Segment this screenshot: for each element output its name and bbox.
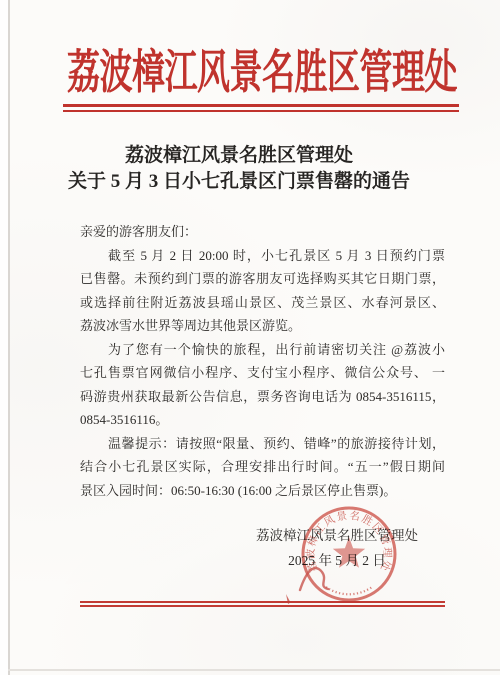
scan-margin-strip <box>0 0 8 675</box>
salutation: 亲爱的游客朋友们： <box>80 220 445 244</box>
body-line: 结合小七孔景区实际，合理安排出行时间。“五一”假日期间 <box>80 455 445 479</box>
letterhead-title: 荔波樟江风景名胜区管理处 <box>24 41 500 108</box>
body-line: 或选择前往附近荔波县瑶山景区、茂兰景区、水春河景区、 <box>80 291 445 315</box>
page-edge-bottom <box>8 669 500 671</box>
body-line: 已售罄。未预约到门票的游客朋友可选择购买其它日期门票， <box>80 267 445 291</box>
paragraphs: 截至 5 月 2 日 20:00 时，小七孔景区 5 月 3 日预约门票已售罄。… <box>80 244 445 503</box>
body-line: 码游贵州获取最新公告信息，票务咨询电话为 0854-3516115， <box>80 385 445 409</box>
seal-serial-marks <box>326 587 372 594</box>
body-line: 荔波冰雪水世界等周边其他景区游览。 <box>80 314 445 338</box>
page-edge-left <box>8 0 10 675</box>
footer-rule <box>80 601 445 607</box>
body-line: 截至 5 月 2 日 20:00 时，小七孔景区 5 月 3 日预约门票 <box>80 244 445 268</box>
scanned-notice-page: 荔波樟江风景名胜区管理处 荔波樟江风景名胜区管理处 关于 5 月 3 日小七孔景… <box>0 0 500 675</box>
notice-title-line1: 荔波樟江风景名胜区管理处 <box>0 143 489 169</box>
letterhead-underline <box>63 104 459 112</box>
body-line: 0854-3516116。 <box>80 408 445 432</box>
body-line: 温馨提示：请按照“限量、预约、错峰”的旅游接待计划， <box>80 432 445 456</box>
star-icon <box>333 537 365 568</box>
official-seal: 荔波樟江风景名胜区管理处 <box>280 498 406 614</box>
notice-title-line2: 关于 5 月 3 日小七孔景区门票售罄的通告 <box>0 169 489 195</box>
notice-title: 荔波樟江风景名胜区管理处 关于 5 月 3 日小七孔景区门票售罄的通告 <box>0 143 489 195</box>
body-line: 为了您有一个愉快的旅程，出行前请密切关注 @荔波小 <box>80 338 445 362</box>
body-line: 七孔售票官网微信小程序、支付宝小程序、微信公众号、 一 <box>80 361 445 385</box>
notice-body: 亲爱的游客朋友们： 截至 5 月 2 日 20:00 时，小七孔景区 5 月 3… <box>80 220 445 502</box>
